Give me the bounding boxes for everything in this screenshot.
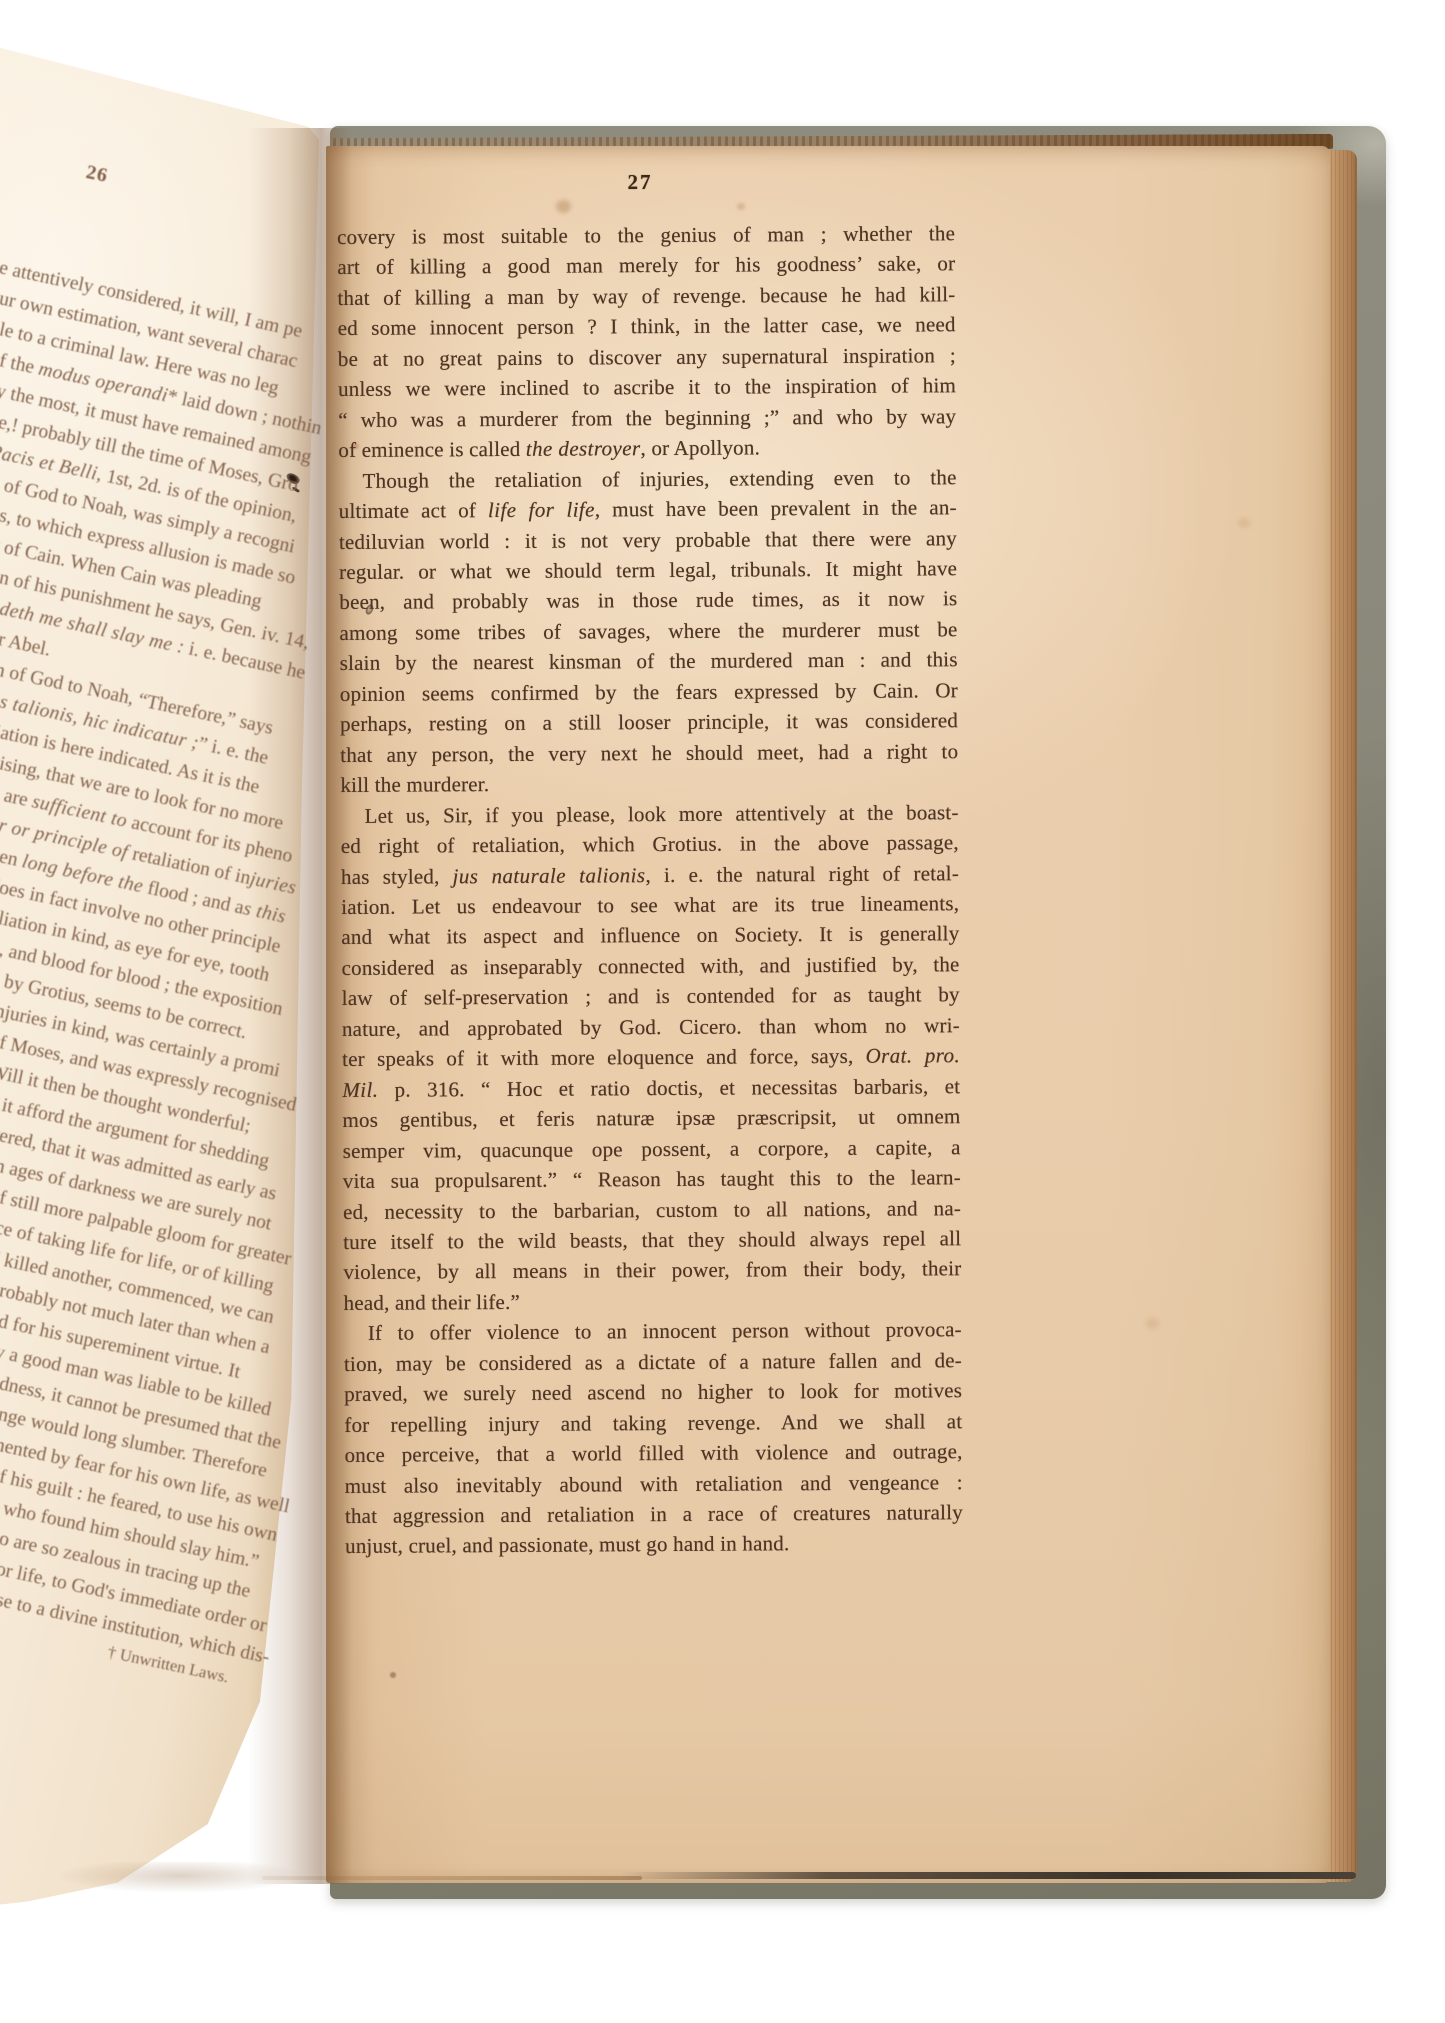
text-line: of eminence is called the destroyer, or … — [338, 431, 956, 465]
text-line: ture itself to the wild beasts, that the… — [343, 1223, 961, 1257]
text-line: be at no great pains to discover any sup… — [338, 340, 956, 374]
text-line: ed, necessity to the barbarian, custom t… — [343, 1193, 961, 1227]
text-line: Mil. p. 316. “ Hoc et ratio doctis, et n… — [342, 1071, 960, 1105]
text-line: violence, by all means in their power, f… — [343, 1254, 961, 1288]
text-line: If to offer violence to an innocent pers… — [344, 1315, 962, 1349]
text-line: been, and probably was in those rude tim… — [339, 584, 957, 618]
text-line: perhaps, resting on a still looser princ… — [340, 705, 958, 739]
text-line: that any person, the very next he should… — [340, 736, 958, 770]
text-line: nature, and approbated by God. Cicero. t… — [342, 1010, 960, 1044]
right-page-text: covery is most suitable to the genius of… — [337, 218, 963, 1562]
text-line: art of killing a good man merely for his… — [337, 249, 955, 283]
text-line: tediluvian world : it is not very probab… — [339, 523, 957, 557]
text-line: regular. or what we should term legal, t… — [339, 553, 957, 587]
text-line: for repelling injury and taking revenge.… — [344, 1406, 962, 1440]
text-line: opinion seems confirmed by the fears exp… — [340, 675, 958, 709]
text-line: that of killing a man by way of revenge.… — [337, 279, 955, 313]
text-line: mos gentibus, et feris naturæ ipsæ præsc… — [342, 1101, 960, 1135]
text-line: tion, may be considered as a dictate of … — [344, 1345, 962, 1379]
text-line: among some tribes of savages, where the … — [339, 614, 957, 648]
left-page-curl-shadow — [30, 1862, 330, 1908]
text-line: that aggression and retaliation in a rac… — [345, 1497, 963, 1531]
text-line: must also inevitably abound with retalia… — [345, 1467, 963, 1501]
left-page-text: be attentively considered, it will, I am… — [0, 250, 332, 1667]
text-line: praved, we surely need ascend no higher … — [344, 1375, 962, 1409]
text-line: iation. Let us endeavour to see what are… — [341, 888, 959, 922]
text-line: vita sua propulsarent.” “ Reason has tau… — [343, 1162, 961, 1196]
text-line: and what its aspect and influence on Soc… — [341, 919, 959, 953]
text-line: ter speaks of it with more eloquence and… — [342, 1040, 960, 1074]
right-page-number: 27 — [598, 170, 682, 195]
left-page-number: 26 — [84, 161, 110, 188]
text-line: covery is most suitable to the genius of… — [337, 218, 955, 252]
text-line: “ who was a murderer from the beginning … — [338, 401, 956, 435]
text-line: ed some innocent person ? I think, in th… — [338, 310, 956, 344]
text-line: kill the murderer. — [340, 766, 958, 800]
text-line: once perceive, that a world filled with … — [344, 1436, 962, 1470]
text-line: unless we were inclined to ascribe it to… — [338, 370, 956, 404]
text-line: considered as inseparably connected with… — [341, 949, 959, 983]
text-line: has styled, jus naturale talionis, i. e.… — [341, 858, 959, 892]
text-line: head, and their life.” — [344, 1284, 962, 1318]
book-photograph: 26 be attentively considered, it will, I… — [0, 0, 1445, 2023]
text-line: Though the retaliation of injuries, exte… — [338, 462, 956, 496]
text-line: Let us, Sir, if you please, look more at… — [341, 797, 959, 831]
text-line: ultimate act of life for life, must have… — [339, 492, 957, 526]
text-line: law of self-preservation ; and is conten… — [342, 980, 960, 1014]
text-line: semper vim, quacunque ope possent, a cor… — [343, 1132, 961, 1166]
page-bottom-edge — [620, 1872, 1356, 1879]
text-line: slain by the nearest kinsman of the murd… — [340, 645, 958, 679]
text-line: unjust, cruel, and passionate, must go h… — [345, 1528, 963, 1562]
text-line: ed right of retaliation, which Grotius. … — [341, 827, 959, 861]
